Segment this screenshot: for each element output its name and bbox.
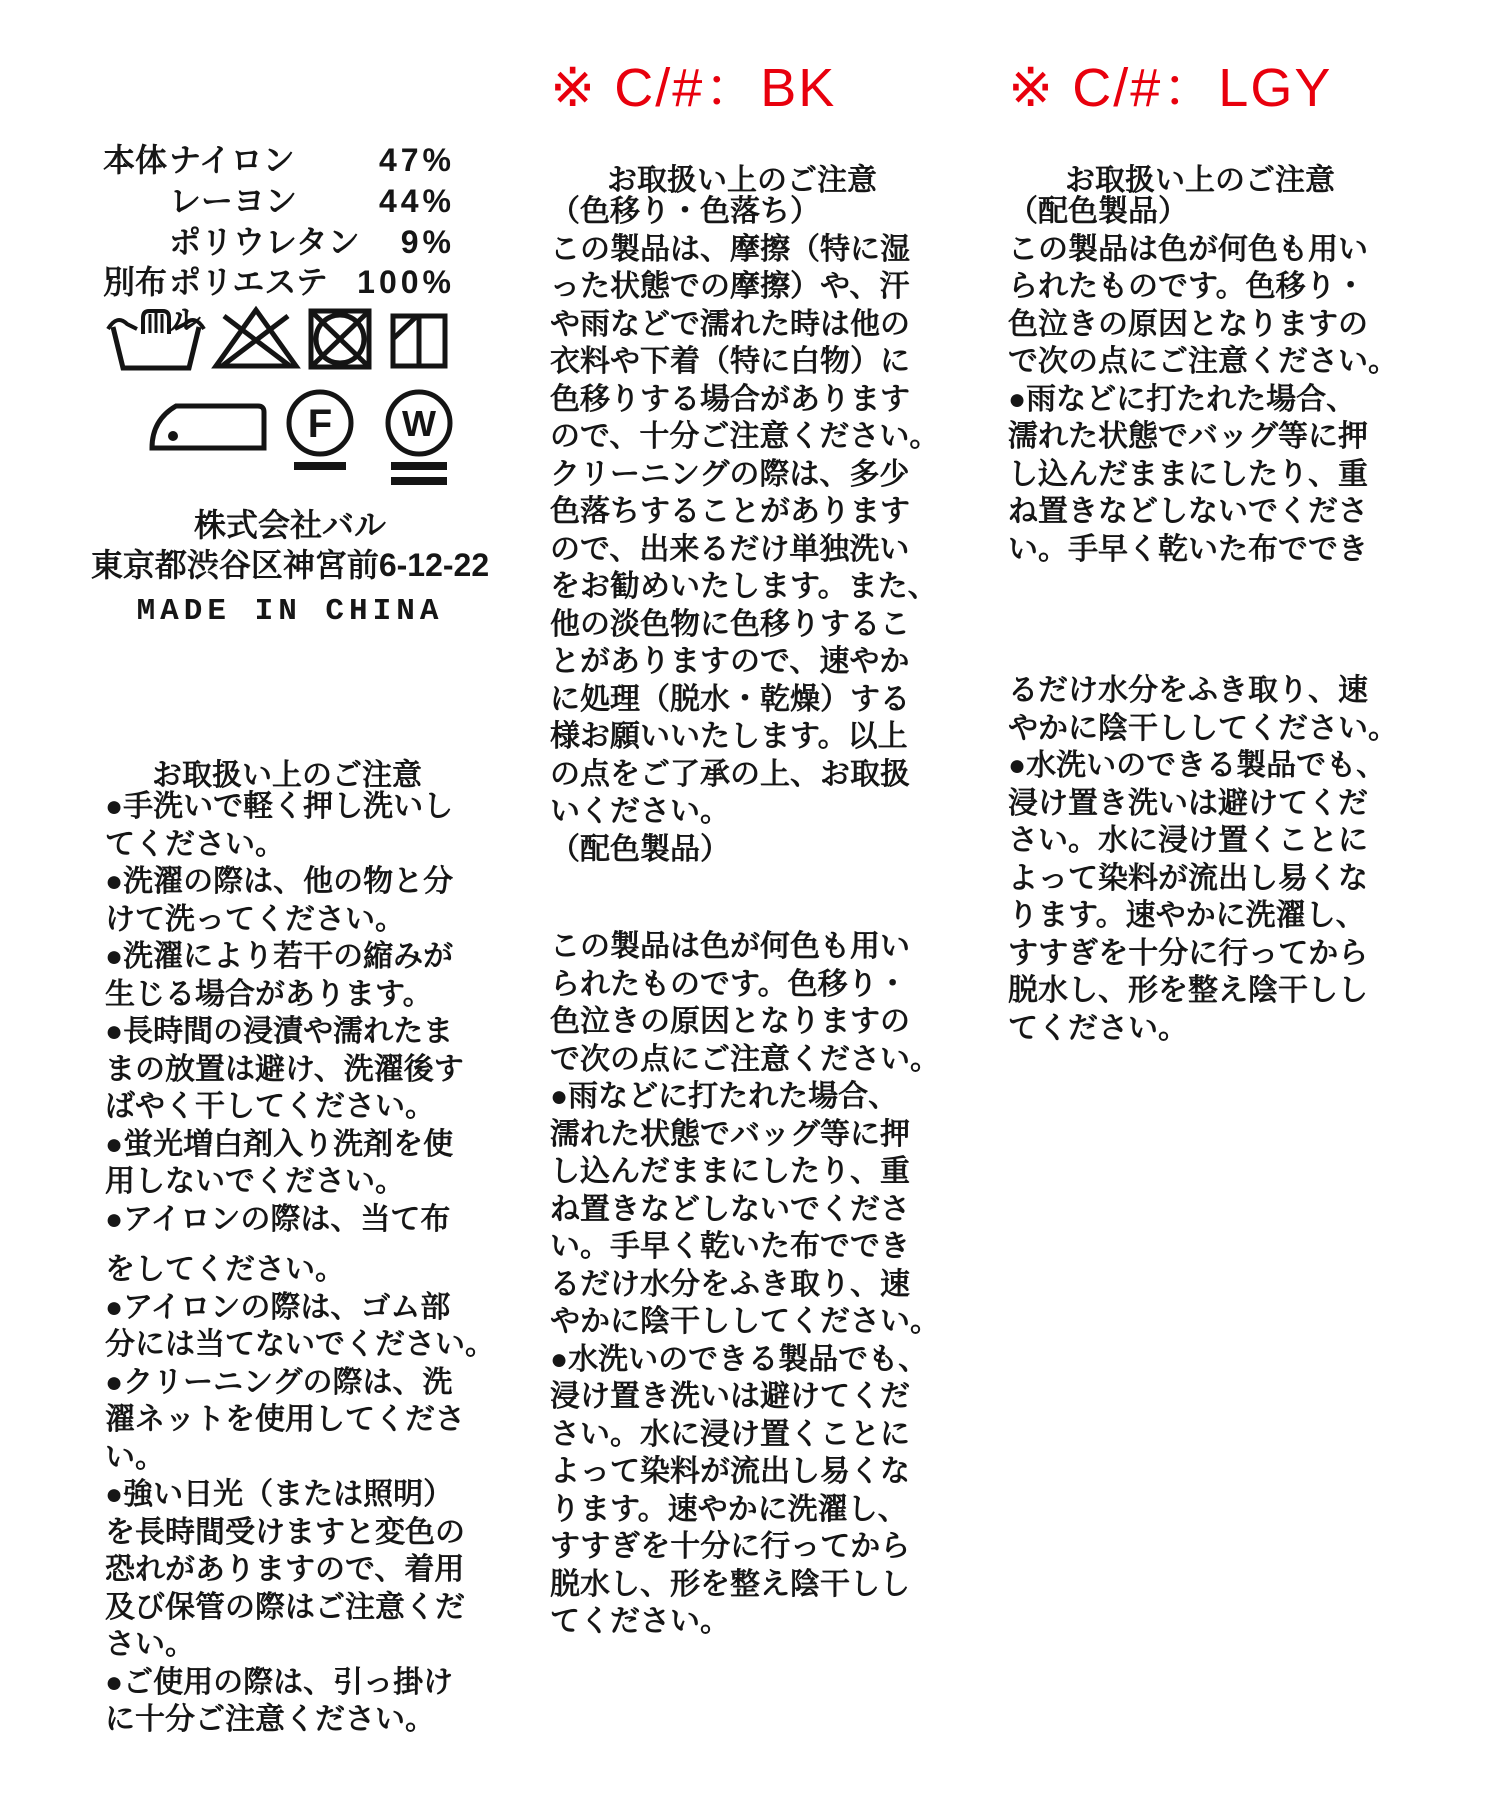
text-line: てください。 xyxy=(105,826,464,864)
text-line: 色移りする場合があります xyxy=(550,381,939,419)
text-line: ●蛍光増白剤入り洗剤を使 xyxy=(105,1126,464,1164)
text-line: で次の点にご注意ください。 xyxy=(1008,343,1398,381)
text-line: い。 xyxy=(105,1439,495,1477)
text-line: ります。速やかに洗濯し、 xyxy=(550,1491,940,1529)
svg-text:F: F xyxy=(308,402,332,446)
text-line: けて洗ってください。 xyxy=(105,901,464,939)
right-notice-block-2: るだけ水分をふき取り、速やかに陰干ししてください。●水洗いのできる製品でも、浸け… xyxy=(1008,672,1398,1047)
company-name: 株式会社バル xyxy=(70,506,510,544)
center-notice-block-1: （色移り・色落ち）この製品は、摩擦（特に湿った状態での摩擦）や、汗や雨などで濡れ… xyxy=(550,193,939,868)
text-line: ね置きなどしないでくださ xyxy=(550,1191,940,1229)
colorway-header-lgy: ※ C/#：LGY xyxy=(1008,58,1332,118)
text-line: 分には当てないでください。 xyxy=(105,1326,495,1364)
text-line: ●アイロンの際は、ゴム部 xyxy=(105,1289,495,1327)
svg-text:W: W xyxy=(402,403,436,444)
wet-clean-W-very-gentle-icon: W xyxy=(380,388,458,492)
text-line: ばやく干してください。 xyxy=(105,1088,464,1126)
text-line: ね置きなどしないでくださ xyxy=(1008,493,1398,531)
composition-row: ポリウレタン 9% xyxy=(103,223,455,261)
company-name-text: 株式会社バル xyxy=(70,506,510,544)
text-line: クリーニングの際は、多少 xyxy=(550,456,939,494)
text-line: で次の点にご注意ください。 xyxy=(550,1041,940,1079)
text-line: 浸け置き洗いは避けてくだ xyxy=(550,1378,940,1416)
company-address: 東京都渋谷区神宮前6-12-22 xyxy=(70,546,510,584)
text-line: ●クリーニングの際は、洗 xyxy=(105,1364,495,1402)
text-line: 様お願いいたします。以上 xyxy=(550,718,939,756)
composition-material: ナイロン xyxy=(169,141,379,179)
text-line: ●洗濯により若干の縮みが xyxy=(105,938,464,976)
text-line: 濡れた状態でバッグ等に押 xyxy=(1008,418,1398,456)
hand-wash-icon xyxy=(106,305,206,373)
text-line: 色落ちすることがあります xyxy=(550,493,939,531)
composition-row: 本体 ナイロン 47% xyxy=(103,141,455,179)
text-line: 衣料や下着（特に白物）に xyxy=(550,343,939,381)
text-line: 及び保管の際はご注意くだ xyxy=(105,1589,495,1627)
text-line: てください。 xyxy=(1008,1010,1398,1048)
text-line: ●アイロンの際は、当て布 xyxy=(105,1201,464,1239)
text-line: 色泣きの原因となりますの xyxy=(1008,306,1398,344)
text-line: やかに陰干ししてください。 xyxy=(1008,710,1398,748)
text-line: った状態での摩擦）や、汗 xyxy=(550,268,939,306)
composition-percent: 9% xyxy=(401,223,455,261)
text-line: をお勧めいたします。また、 xyxy=(550,568,939,606)
text-line: 色泣きの原因となりますの xyxy=(550,1003,940,1041)
text-line: やかに陰干ししてください。 xyxy=(550,1303,940,1341)
composition-part xyxy=(103,182,169,220)
text-line: し込んだままにしたり、重 xyxy=(550,1153,940,1191)
text-line: の点をご了承の上、お取扱 xyxy=(550,756,939,794)
text-line: をしてください。 xyxy=(105,1251,495,1289)
text-line: ●水洗いのできる製品でも、 xyxy=(550,1341,940,1379)
text-line: に処理（脱水・乾燥）する xyxy=(550,681,939,719)
text-line: ので、十分ご注意ください。 xyxy=(550,418,939,456)
text-line: この製品は色が何色も用い xyxy=(550,928,940,966)
text-line: 脱水し、形を整え陰干しし xyxy=(1008,972,1398,1010)
text-line: 恐れがありますので、着用 xyxy=(105,1551,495,1589)
text-line: 生じる場合があります。 xyxy=(105,976,464,1014)
text-line: この製品は色が何色も用い xyxy=(1008,231,1398,269)
text-line: られたものです。色移り・ xyxy=(1008,268,1398,306)
text-line: いください。 xyxy=(550,793,939,831)
iron-low-heat-icon xyxy=(146,386,270,456)
text-line: この製品は、摩擦（特に湿 xyxy=(550,231,939,269)
text-line: い。手早く乾いた布ででき xyxy=(1008,531,1398,569)
colorway-header-bk: ※ C/#：BK xyxy=(550,58,836,118)
text-line: （色移り・色落ち） xyxy=(550,193,939,231)
left-notice-block-1: ●手洗いで軽く押し洗いしてください。●洗濯の際は、他の物と分けて洗ってください。… xyxy=(105,788,464,1238)
composition-material: レーヨン xyxy=(169,182,379,220)
text-line: ●手洗いで軽く押し洗いし xyxy=(105,788,464,826)
composition-part xyxy=(103,223,169,261)
text-line: 濡れた状態でバッグ等に押 xyxy=(550,1116,940,1154)
composition-part: 本体 xyxy=(103,141,169,179)
text-line: すすぎを十分に行ってから xyxy=(550,1528,940,1566)
composition-material: ポリウレタン xyxy=(169,223,401,261)
text-line: ●水洗いのできる製品でも、 xyxy=(1008,747,1398,785)
care-label-page: 本体 ナイロン 47% レーヨン 44% ポリウレタン 9% 別布 ポリエステル… xyxy=(0,0,1500,1800)
text-line: や雨などで濡れた時は他の xyxy=(550,306,939,344)
text-line: （配色製品） xyxy=(550,831,939,869)
text-line: られたものです。色移り・ xyxy=(550,966,940,1004)
text-line: さい。 xyxy=(105,1626,495,1664)
text-line: を長時間受けますと変色の xyxy=(105,1514,495,1552)
text-line: ●強い日光（または照明） xyxy=(105,1476,495,1514)
text-line: い。手早く乾いた布ででき xyxy=(550,1228,940,1266)
text-line: 他の淡色物に色移りするこ xyxy=(550,606,939,644)
dry-clean-F-gentle-icon: F xyxy=(282,388,358,476)
text-line: ります。速やかに洗濯し、 xyxy=(1008,897,1398,935)
text-line: ので、出来るだけ単独洗い xyxy=(550,531,939,569)
text-line: てください。 xyxy=(550,1603,940,1641)
text-line: ●長時間の浸漬や濡れたま xyxy=(105,1013,464,1051)
company-address-text: 東京都渋谷区神宮前6-12-22 xyxy=(70,546,510,584)
text-line: 浸け置き洗いは避けてくだ xyxy=(1008,785,1398,823)
center-notice-block-2: この製品は色が何色も用いられたものです。色移り・色泣きの原因となりますので次の点… xyxy=(550,928,940,1641)
text-line: ●洗濯の際は、他の物と分 xyxy=(105,863,464,901)
right-notice-block-1: （配色製品）この製品は色が何色も用いられたものです。色移り・色泣きの原因となりま… xyxy=(1008,193,1398,568)
composition-row: レーヨン 44% xyxy=(103,182,455,220)
country-of-origin: MADE IN CHINA xyxy=(70,594,510,629)
text-line: るだけ水分をふき取り、速 xyxy=(550,1266,940,1304)
text-line: るだけ水分をふき取り、速 xyxy=(1008,672,1398,710)
text-line: すすぎを十分に行ってから xyxy=(1008,935,1398,973)
text-line: さい。水に浸け置くことに xyxy=(550,1416,940,1454)
do-not-bleach-icon xyxy=(211,305,301,371)
text-line: 脱水し、形を整え陰干しし xyxy=(550,1566,940,1604)
do-not-tumble-dry-icon xyxy=(306,307,374,371)
country-of-origin-text: MADE IN CHINA xyxy=(70,594,510,629)
text-line: さい。水に浸け置くことに xyxy=(1008,822,1398,860)
text-line: ●ご使用の際は、引っ掛け xyxy=(105,1664,495,1702)
text-line: に十分ご注意ください。 xyxy=(105,1701,495,1739)
text-line: し込んだままにしたり、重 xyxy=(1008,456,1398,494)
text-line: まの放置は避け、洗濯後す xyxy=(105,1051,464,1089)
text-line: 濯ネットを使用してくださ xyxy=(105,1401,495,1439)
text-line: よって染料が流出し易くな xyxy=(1008,860,1398,898)
text-line: ●雨などに打たれた場合、 xyxy=(550,1078,940,1116)
text-line: （配色製品） xyxy=(1008,193,1398,231)
text-line: ●雨などに打たれた場合、 xyxy=(1008,381,1398,419)
left-notice-block-2: をしてください。●アイロンの際は、ゴム部分には当てないでください。●クリーニング… xyxy=(105,1251,495,1739)
composition-percent: 44% xyxy=(379,182,455,220)
text-line: 用しないでください。 xyxy=(105,1163,464,1201)
composition-percent: 47% xyxy=(379,141,455,179)
text-line: とがありますので、速やか xyxy=(550,643,939,681)
text-line: よって染料が流出し易くな xyxy=(550,1453,940,1491)
line-dry-in-shade-icon xyxy=(389,312,449,370)
